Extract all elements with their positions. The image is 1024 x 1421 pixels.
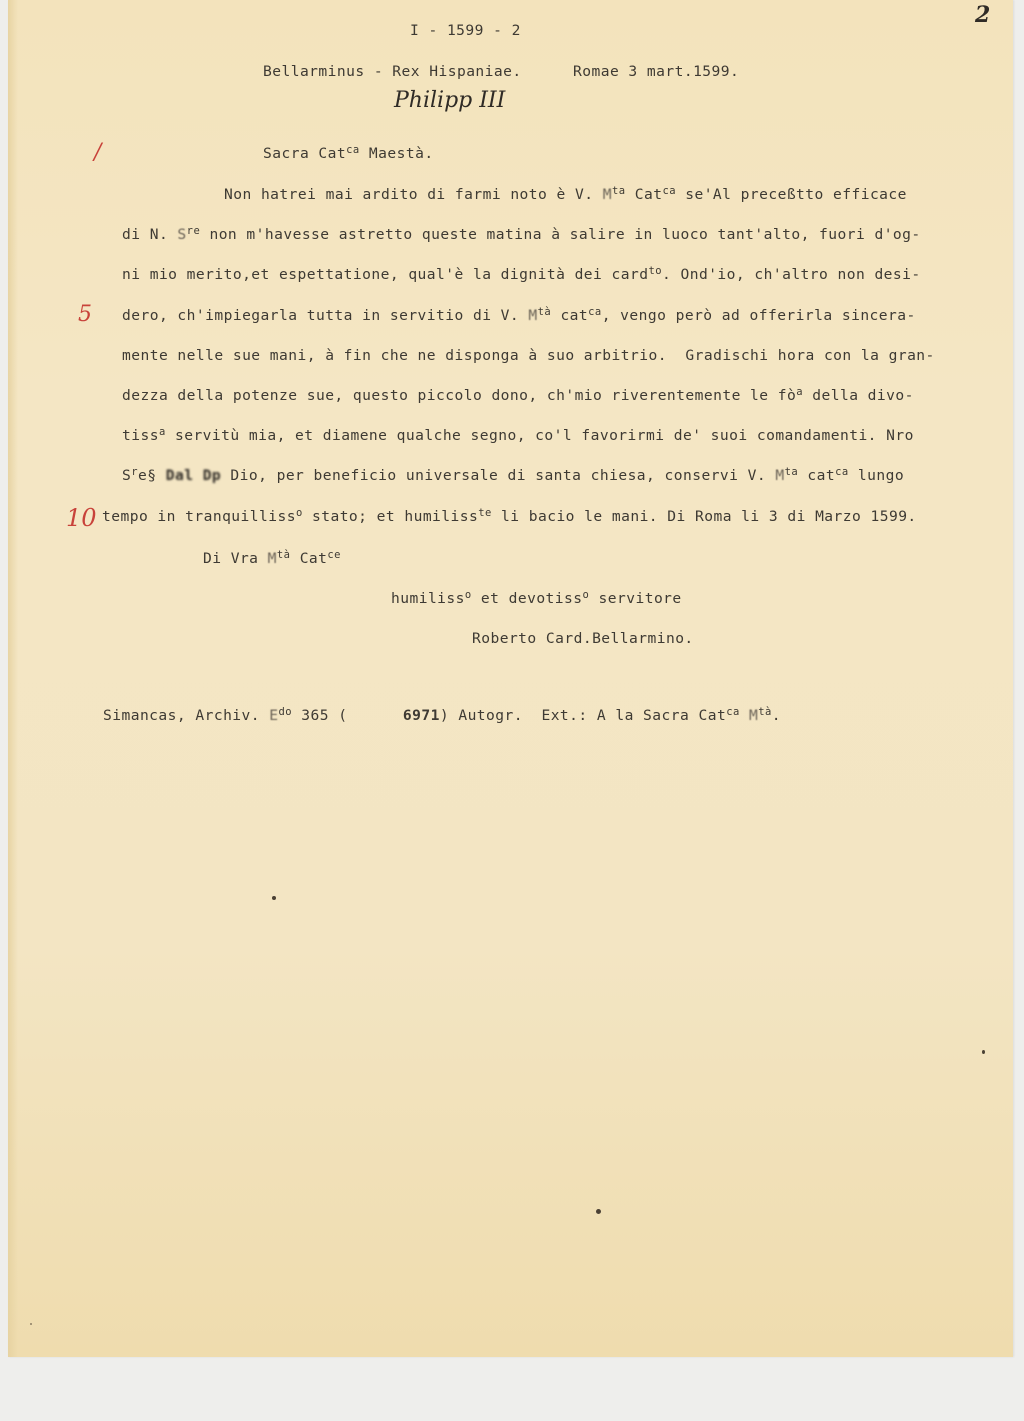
paper-spot — [272, 896, 276, 900]
body-line-7: tissa servitù mia, et diamene qualche se… — [122, 427, 914, 445]
body-line-8: Sre§ Dal Dp Dio, per beneficio universal… — [122, 467, 904, 485]
body-line-5: mente nelle sue mani, à fin che ne dispo… — [122, 347, 935, 365]
body-line-2: di N. Sre non m'havesse astretto queste … — [122, 226, 921, 244]
body-line-6: dezza della potenze sue, questo piccolo … — [122, 387, 914, 405]
handwritten-page-number: 2 — [975, 2, 990, 28]
body-line-3: ni mio merito,et espettatione, qual'è la… — [122, 266, 921, 284]
body-line-1: Non hatrei mai ardito di farmi noto è V.… — [224, 186, 907, 204]
paper-spot — [30, 1323, 32, 1325]
archive-number: I - 1599 - 2 — [410, 22, 521, 40]
margin-line-number-10: 10 — [66, 504, 97, 532]
body-line-4: dero, ch'impiegarla tutta in servitio di… — [122, 307, 916, 325]
paper-spot — [596, 1209, 601, 1214]
struck-out-text: Dal Dp — [166, 467, 221, 484]
handwritten-annotation-philipp: Philipp III — [394, 88, 505, 113]
closing-line-2: humilisso et devotisso servitore — [391, 590, 682, 608]
archival-letter-page: 2 I - 1599 - 2 Bellarminus - Rex Hispani… — [8, 0, 1013, 1357]
closing-line-1: Di Vra Mtà Catce — [203, 550, 341, 568]
heading-place-date: Romae 3 mart.1599. — [573, 63, 739, 81]
heading-parties: Bellarminus - Rex Hispaniae. — [263, 63, 522, 81]
signature: Roberto Card.Bellarmino. — [472, 630, 694, 648]
margin-line-number-5: 5 — [78, 302, 92, 327]
salutation: Sacra Catca Maestà. — [263, 145, 434, 163]
paper-spot — [982, 1050, 985, 1054]
source-note: Simancas, Archiv. Edo 365 ( 6971) Autogr… — [103, 707, 781, 725]
margin-mark-1: / — [94, 140, 101, 165]
body-line-9: tempo in tranquillisso stato; et humilis… — [102, 508, 917, 526]
